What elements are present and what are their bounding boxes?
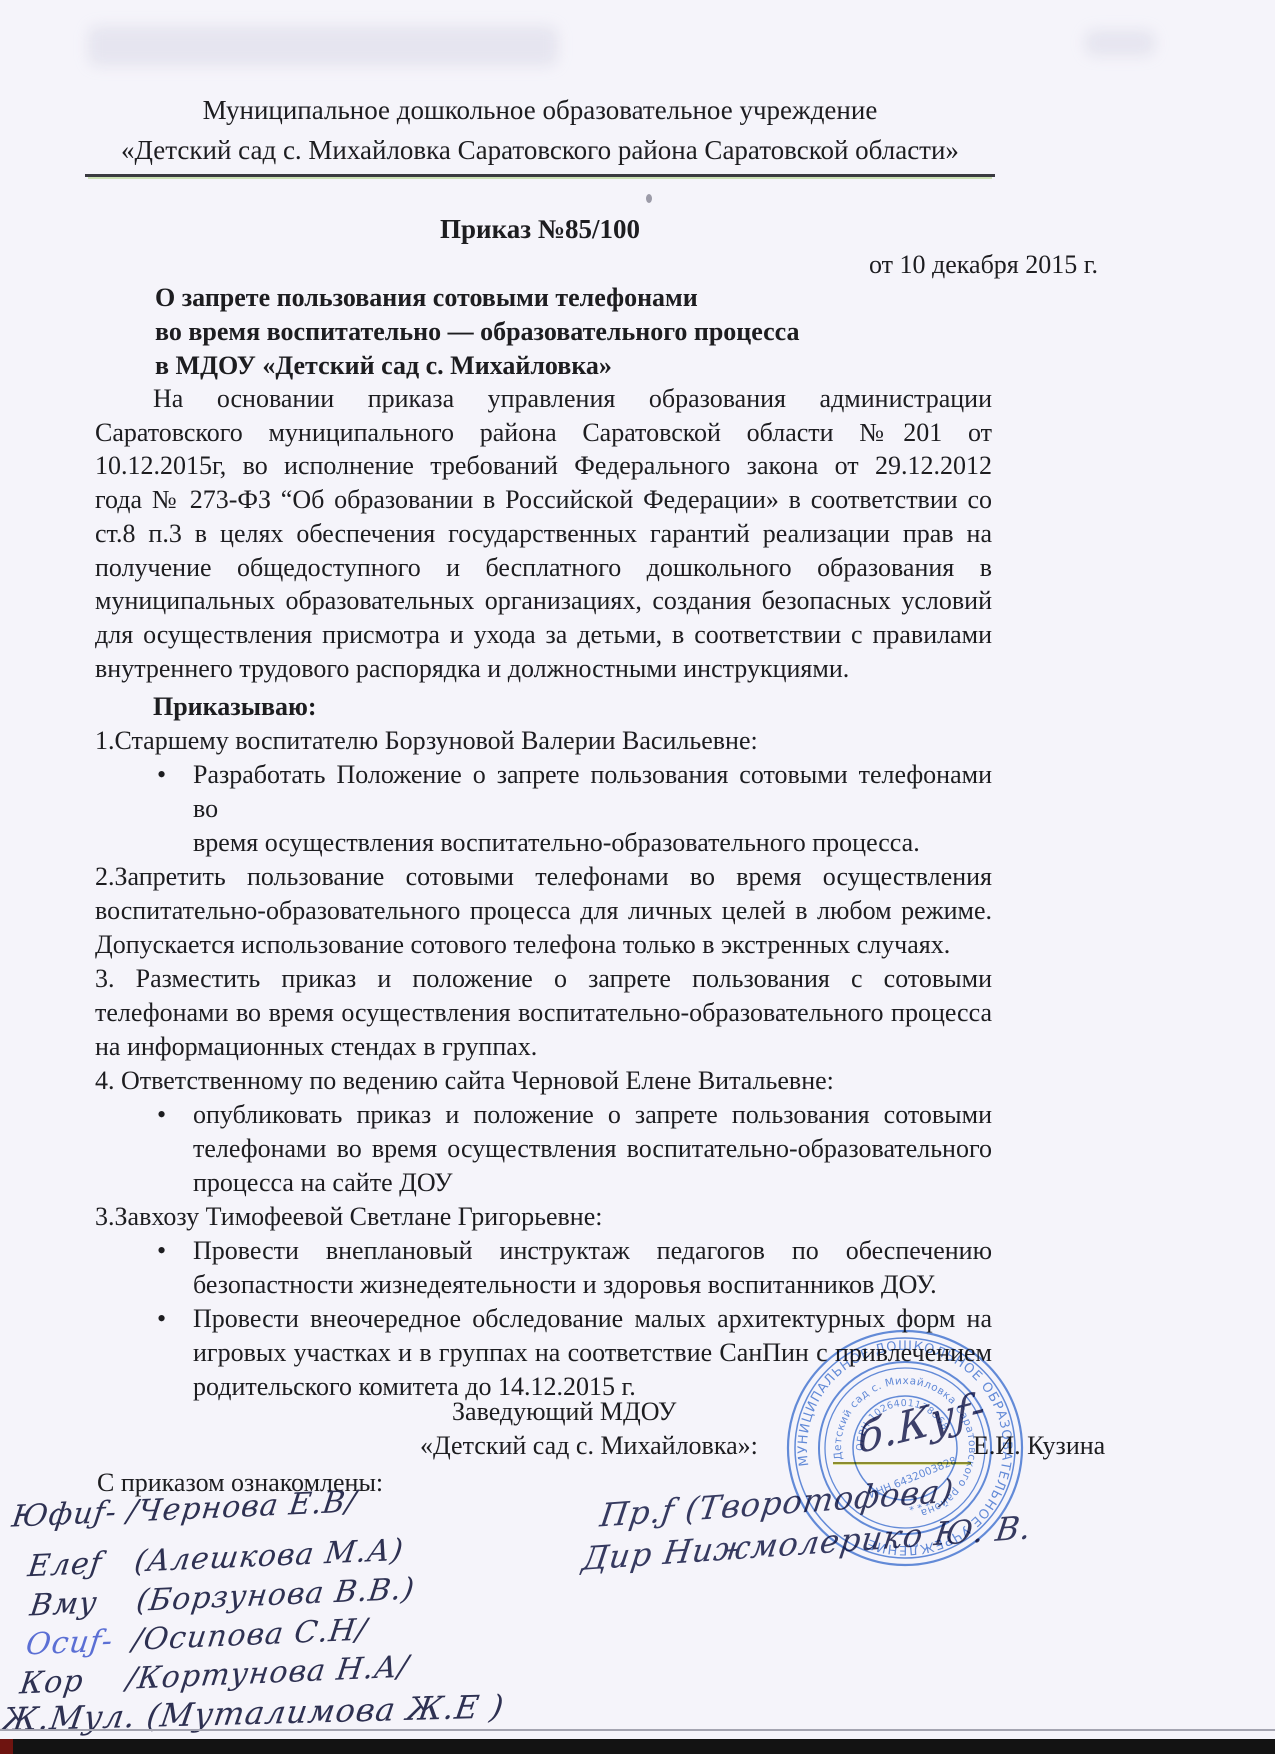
order-title: Приказ №85/100: [85, 214, 995, 245]
preamble-line: для осуществления присмотра и ухода за д…: [95, 618, 992, 652]
order-date: от 10 декабря 2015 г.: [85, 250, 1098, 280]
signature-scribble: Пр.ƒ: [598, 1491, 678, 1535]
preamble-line: ст.8 п.3 в целях обеспечения государстве…: [95, 517, 992, 551]
order-item: телефонами во время осуществления воспит…: [95, 996, 992, 1030]
order-item: Допускается использование сотового телеф…: [95, 928, 992, 962]
order-item: 1.Старшему воспитателю Борзуновой Валери…: [95, 724, 992, 758]
signature-scribble: Дир: [580, 1535, 655, 1578]
signoff-org: «Детский сад с. Михайловка»:: [420, 1431, 758, 1461]
order-bullet-line: •Провести внеплановый инструктаж педагог…: [95, 1234, 992, 1268]
scan-artifact-dot: [646, 194, 652, 203]
order-preamble: На основании приказа управления образова…: [95, 382, 992, 685]
scan-edge-line: [0, 1729, 1275, 1731]
signature-scribble: Вму: [28, 1584, 129, 1623]
subject-line: во время воспитательно — образовательног…: [155, 315, 915, 349]
signature-scribble: Юфиƒ-: [10, 1495, 119, 1535]
order-item: 3. Разместить приказ и положение о запре…: [95, 962, 992, 996]
signature-name: (Алешкова М.А): [132, 1533, 406, 1580]
order-bullet-line: •Разработать Положение о запрете пользов…: [95, 758, 992, 826]
header-line-1: Муниципальное дошкольное образовательное…: [85, 90, 995, 130]
bullet-icon: •: [157, 1098, 166, 1132]
bullet-text: Провести внеплановый инструктаж педагого…: [193, 1236, 992, 1265]
order-item: воспитательно-образовательного процесса …: [95, 894, 992, 928]
bullet-text: опубликовать приказ и положение о запрет…: [193, 1100, 992, 1129]
preamble-line: 10.12.2015г, во исполнение требований Фе…: [95, 449, 992, 483]
handwritten-signature-row: Юфиƒ- /Чернова Е.В/: [10, 1484, 359, 1534]
stamp-inn-text: ИНН 6432003828: [867, 1455, 958, 1501]
order-item: 3.Завхозу Тимофеевой Светлане Григорьевн…: [95, 1200, 992, 1234]
order-verb: Приказываю:: [95, 690, 992, 724]
preamble-line: года № 273-ФЗ “Об образовании в Российск…: [95, 483, 992, 517]
preamble-line: На основании приказа управления образова…: [95, 382, 992, 416]
signoff-role: Заведующий МДОУ: [452, 1397, 676, 1427]
order-item: 2.Запретить пользование сотовыми телефон…: [95, 860, 992, 894]
signature-name: /Осипова С.Н/: [130, 1612, 369, 1657]
signature-scribble: Осиƒ-: [24, 1623, 125, 1662]
stamp-middle-text: Детский сад с. Михайловка Саратовского р…: [817, 1359, 994, 1536]
order-bullet-line: время осуществления воспитательно-образо…: [95, 826, 992, 860]
signature-name: (Борзунова В.В.): [134, 1571, 417, 1618]
bullet-text: Разработать Положение о запрете пользова…: [193, 760, 992, 823]
signature-scribble: Кор: [18, 1662, 119, 1701]
scan-edge-band: [0, 1739, 1275, 1754]
preamble-line: Саратовского муниципального района Сарат…: [95, 416, 992, 450]
bleed-through-ghost: [1085, 30, 1155, 56]
preamble-line: получение общедоступного и бесплатного д…: [95, 551, 992, 585]
order-subject: О запрете пользования сотовыми телефонам…: [155, 281, 915, 383]
subject-line: О запрете пользования сотовыми телефонам…: [155, 281, 915, 315]
order-bullet-line: безопастности жизнедеятельности и здоров…: [95, 1268, 992, 1302]
order-item: 4. Ответственному по ведению сайта Черно…: [95, 1064, 992, 1098]
signature-name: /Кортунова Н.А/: [124, 1649, 411, 1697]
signature-scribble: Ж.Мул.: [0, 1697, 139, 1739]
order-bullet-line: процесса на сайте ДОУ: [95, 1166, 992, 1200]
signature-name: (Муталимова Ж.Е ): [144, 1687, 507, 1735]
order-bullet-line: телефонами во время осуществления воспит…: [95, 1132, 992, 1166]
bullet-icon: •: [157, 758, 166, 792]
svg-text:Детский сад с. Михайловка Сара: Детский сад с. Михайловка Саратовского р…: [817, 1359, 994, 1536]
scanned-order-document: Муниципальное дошкольное образовательное…: [0, 0, 1275, 1754]
subject-line: в МДОУ «Детский сад с. Михайловка»: [155, 349, 915, 383]
order-bullet-line: •опубликовать приказ и положение о запре…: [95, 1098, 992, 1132]
header-line-2: «Детский сад с. Михайловка Саратовского …: [85, 130, 995, 170]
bullet-icon: •: [157, 1302, 166, 1336]
signature-scribble: Елеƒ: [26, 1545, 127, 1584]
official-round-stamp: МУНИЦИПАЛЬНОЕ ДОШКОЛЬНОЕ ОБРАЗОВАТЕЛЬНОЕ…: [781, 1324, 1029, 1572]
order-body: Приказываю: 1.Старшему воспитателю Борзу…: [95, 690, 992, 1404]
bleed-through-ghost: [88, 26, 558, 66]
preamble-line: внутреннего трудового распорядка и должн…: [95, 652, 992, 686]
document-header: Муниципальное дошкольное образовательное…: [85, 90, 995, 177]
bullet-icon: •: [157, 1234, 166, 1268]
preamble-line: муниципальных образовательных организаци…: [95, 584, 992, 618]
scan-edge-corner: [0, 1739, 13, 1754]
order-item: на информационных стендах в группах.: [95, 1030, 992, 1064]
